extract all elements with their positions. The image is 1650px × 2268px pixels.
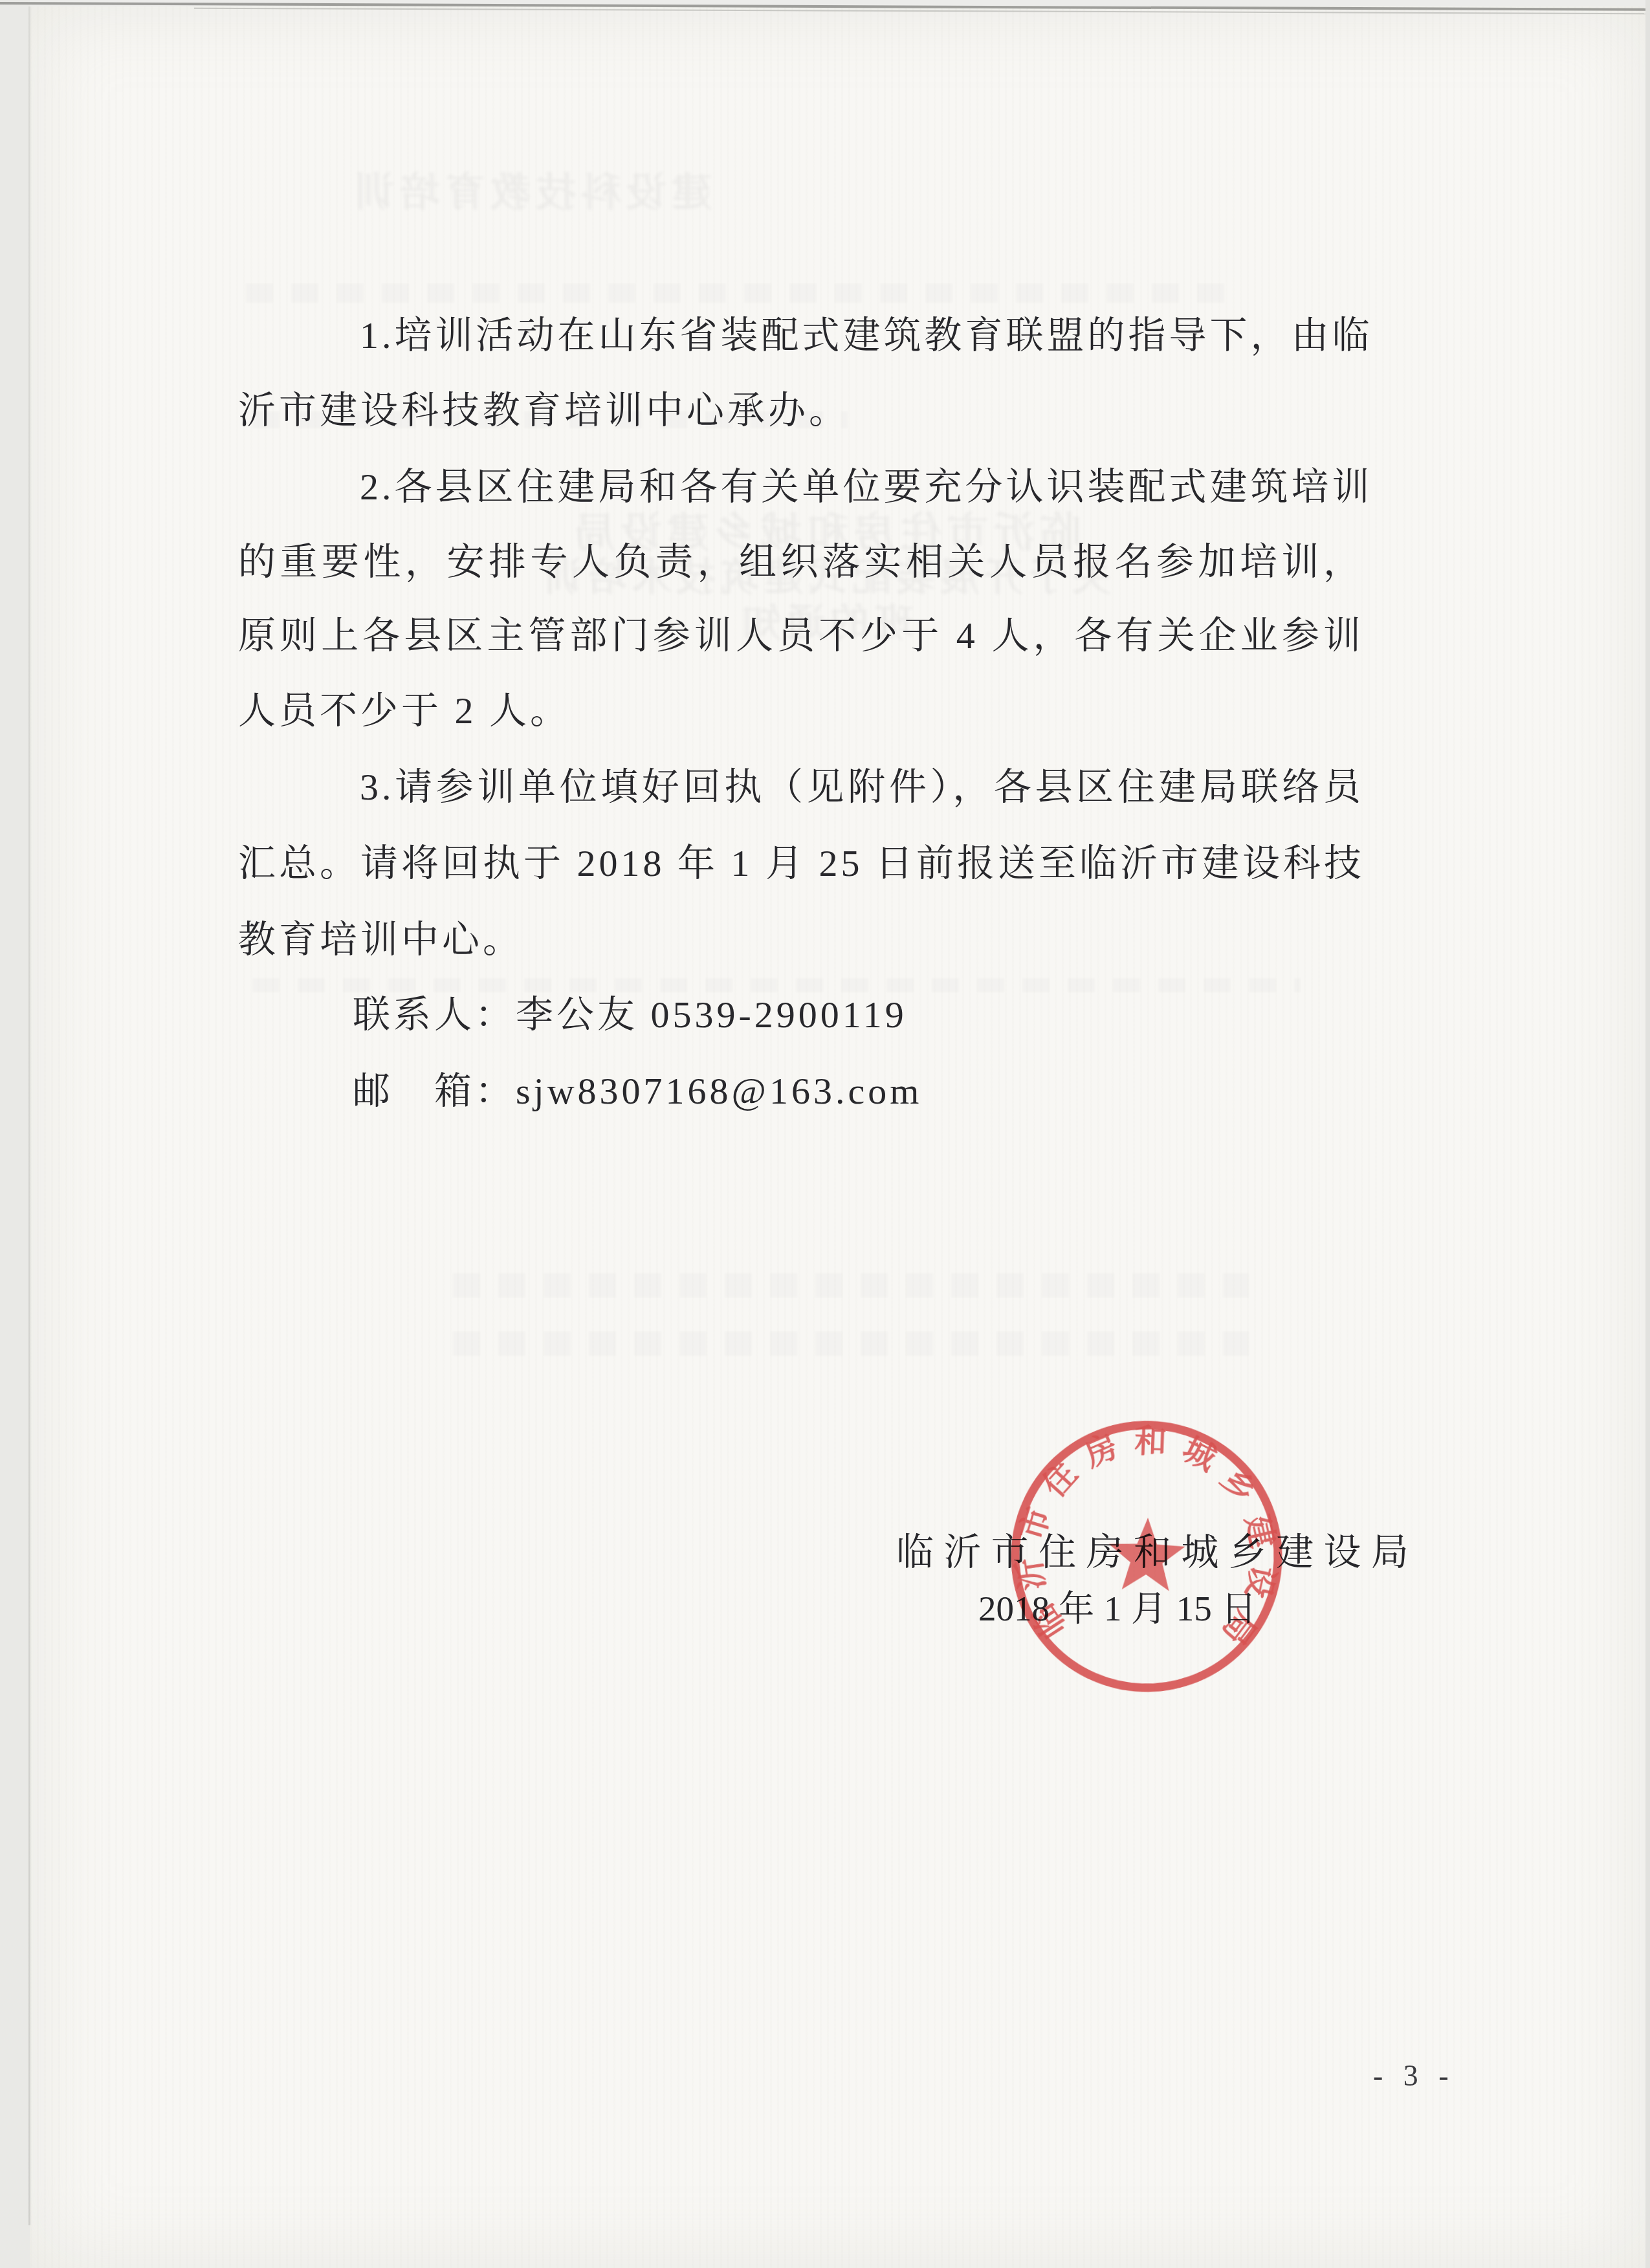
svg-text:局: 局 [1215, 1604, 1264, 1652]
svg-text:设: 设 [1239, 1562, 1281, 1602]
svg-text:住: 住 [1036, 1456, 1084, 1504]
body-line: 沂市建设科技教育培训中心承办。 [238, 391, 850, 431]
ghost-smudge [453, 1331, 1249, 1356]
svg-text:沂: 沂 [1011, 1555, 1051, 1592]
scanner-margin [0, 0, 30, 2268]
page-number: - 3 - [1373, 2058, 1455, 2093]
svg-text:临: 临 [1025, 1598, 1073, 1644]
body-line: 原则上各县区主管部门参训人员不少于 4 人，各有关企业参训 [238, 616, 1364, 656]
star-icon [1107, 1516, 1186, 1591]
ghost-smudge [252, 978, 1301, 992]
ghost-text: 建设科技教育培训 [349, 160, 712, 218]
svg-text:和: 和 [1134, 1423, 1167, 1460]
body-line: 3.请参训单位填好回执（见附件），各县区住建局联络员 [238, 767, 1364, 807]
page-left-edge [28, 6, 30, 2225]
body-line: 的重要性，安排专人负责，组织落实相关人员报名参加培训， [238, 542, 1364, 582]
official-seal: 临沂市住房和城乡建设局 [999, 1409, 1293, 1703]
body-line: 2.各县区住建局和各有关单位要充分认识装配式建筑培训 [238, 467, 1364, 507]
contact-email-line: 邮 箱：sjw8307168@163.com [353, 1071, 922, 1111]
body-line: 1.培训活动在山东省装配式建筑教育联盟的指导下，由临 [238, 316, 1364, 356]
scanner-margin-right [1645, 0, 1650, 2268]
svg-text:城: 城 [1177, 1430, 1222, 1477]
ghost-smudge [453, 1273, 1249, 1298]
body-line: 教育培训中心。 [238, 920, 523, 960]
svg-text:房: 房 [1079, 1428, 1123, 1474]
body-line: 汇总。请将回执于 2018 年 1 月 25 日前报送至临沂市建设科技 [238, 844, 1364, 884]
svg-text:乡: 乡 [1214, 1462, 1262, 1510]
ghost-smudge [246, 283, 1229, 303]
contact-person-line: 联系人：李公友 0539-2900119 [353, 995, 907, 1035]
body-line: 人员不少于 2 人。 [238, 691, 571, 731]
